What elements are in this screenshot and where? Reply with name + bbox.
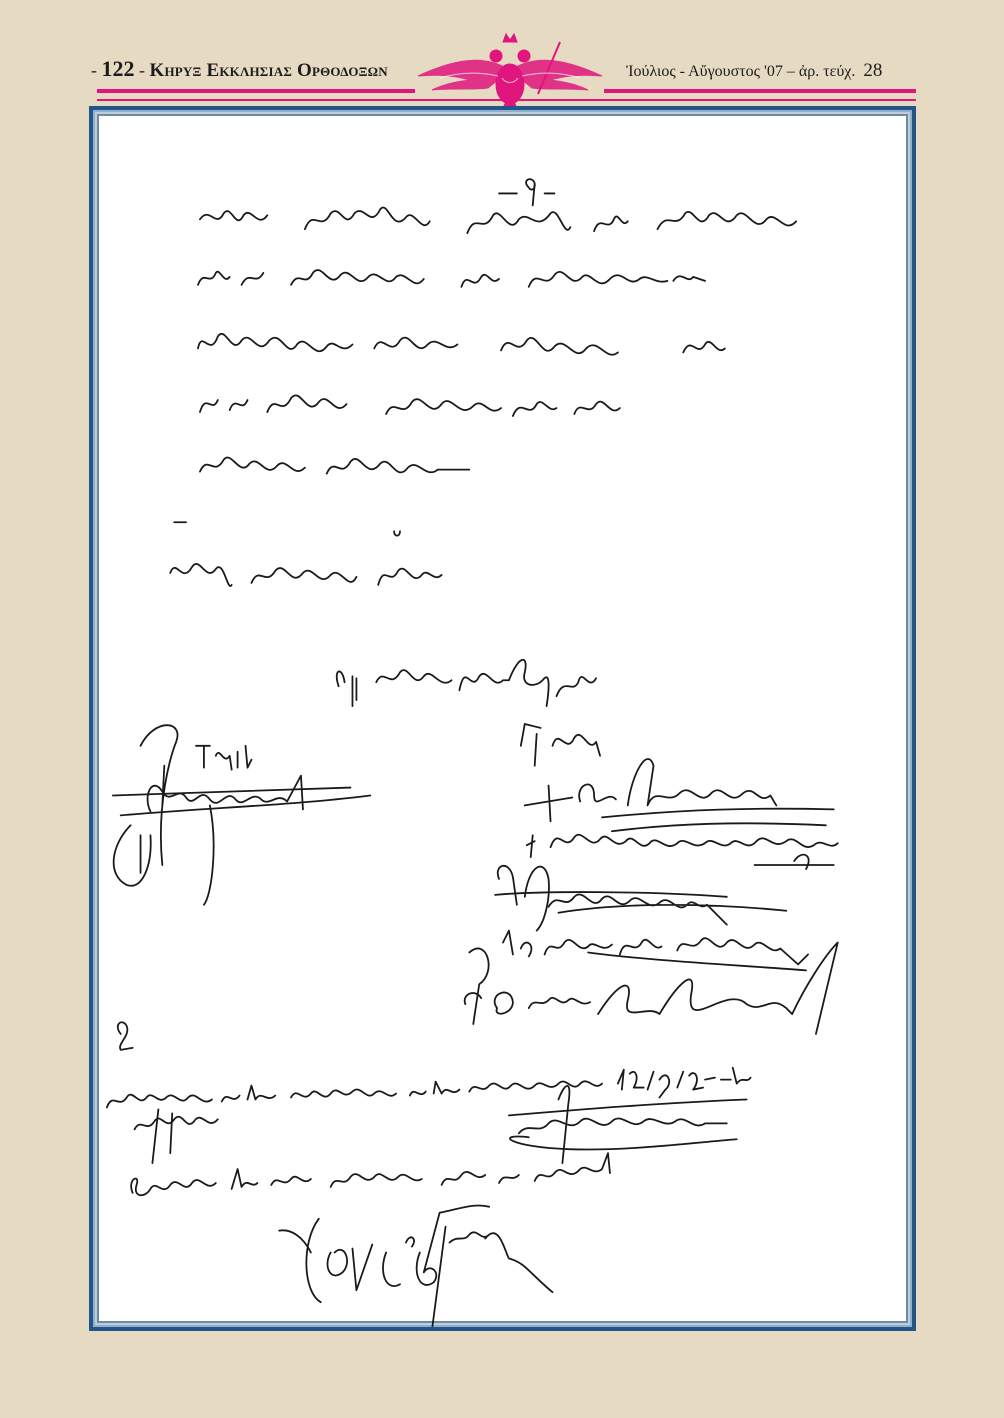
date-line [337,660,596,706]
marginal-mark [118,1022,133,1050]
page-marker [499,179,554,205]
page-number: 122 [102,56,135,81]
issue-date: Ἰούλιος - Αὔγουστος '07 – ἀρ. τεύχ. [626,63,855,80]
body-text [198,207,796,473]
closing-line [170,522,441,586]
header-rule-thin [97,99,916,101]
header-right: Ἰούλιος - Αὔγουστος '07 – ἀρ. τεύχ. 28 [626,60,882,82]
publication-title: Κηρυξ Εκκλησιας Ορθοδοξων [150,60,388,81]
signature-left [113,725,370,905]
handwritten-document-scan [93,110,912,1327]
note-1 [107,1068,751,1163]
final-signature [279,1205,552,1327]
page-header: - 122 - Κηρυξ Εκκλησιας Ορθοδοξων Ἰούλιο… [0,0,1004,110]
header-rule-thick-left [97,89,415,93]
note-1-signature [509,1086,747,1163]
issue-number: 28 [863,60,882,81]
document-frame [89,106,916,1331]
header-rule-thick-right [604,89,916,93]
note-2 [131,1153,610,1195]
signatures-right [465,724,838,1034]
header-left: - 122 - Κηρυξ Εκκλησιας Ορθοδοξων [91,56,388,82]
